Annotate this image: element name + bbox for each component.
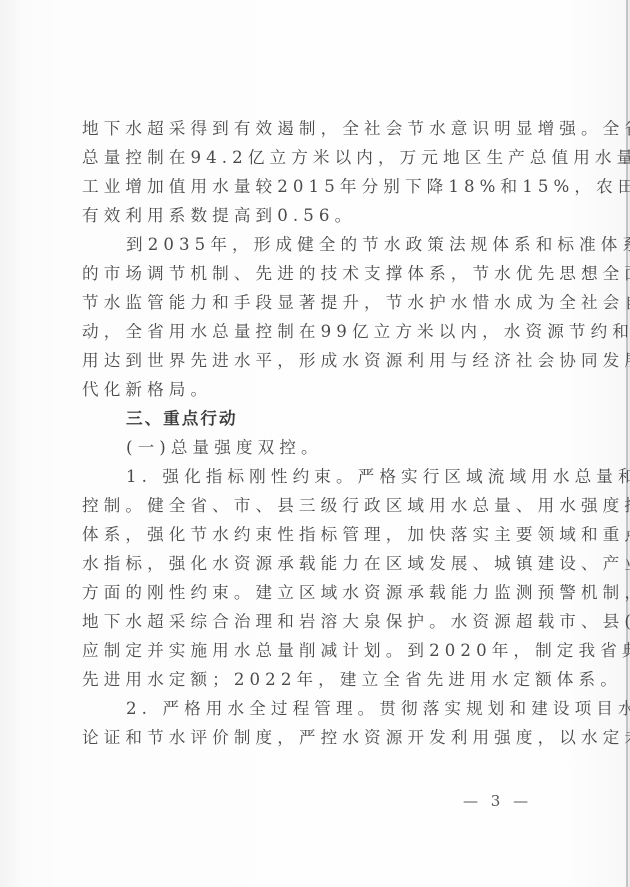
subsection-heading: (一)总量强度双控。 — [82, 433, 542, 462]
text-line: 有效利用系数提高到0.56。 — [82, 201, 542, 230]
document-body: 地下水超采得到有效遏制，全社会节水意识明显增强。全省用水 总量控制在94.2亿立… — [82, 114, 542, 752]
text-line: 节水监管能力和手段显著提升，节水护水惜水成为全社会自觉行 — [82, 288, 542, 317]
text-line: 方面的刚性约束。建立区域水资源承载能力监测预警机制，加强 — [82, 578, 542, 607]
section-heading: 三、重点行动 — [82, 404, 542, 433]
text-line: 2. 严格用水全过程管理。贯彻落实规划和建设项目水资源 — [82, 694, 542, 723]
text-line: 应制定并实施用水总量削减计划。到2020年，制定我省典型行业 — [82, 636, 542, 665]
text-line: 1. 强化指标刚性约束。严格实行区域流域用水总量和强度 — [82, 462, 542, 491]
text-line: 水指标，强化水资源承载能力在区域发展、城镇建设、产业布局等 — [82, 549, 542, 578]
text-line: 的市场调节机制、先进的技术支撑体系，节水优先思想全面落实， — [82, 259, 542, 288]
text-line: 控制。健全省、市、县三级行政区域用水总量、用水强度控制指标 — [82, 491, 542, 520]
text-line: 体系，强化节水约束性指标管理，加快落实主要领域和重点流域用 — [82, 520, 542, 549]
text-line: 地下水超采综合治理和岩溶大泉保护。水资源超载市、县(市、区) — [82, 607, 542, 636]
text-line: 到2035年，形成健全的节水政策法规体系和标准体系、完善 — [82, 230, 542, 259]
text-line: 用达到世界先进水平，形成水资源利用与经济社会协同发展的现 — [82, 346, 542, 375]
text-line: 地下水超采得到有效遏制，全社会节水意识明显增强。全省用水 — [82, 114, 542, 143]
text-line: 动，全省用水总量控制在99亿立方米以内，水资源节约和循环利 — [82, 317, 542, 346]
text-line: 先进用水定额；2022年，建立全省先进用水定额体系。 — [82, 665, 542, 694]
text-line: 总量控制在94.2亿立方米以内，万元地区生产总值用水量、万元 — [82, 143, 542, 172]
text-line: 论证和节水评价制度，严控水资源开发利用强度，以水定未来发 — [82, 723, 542, 752]
text-line: 工业增加值用水量较2015年分别下降18%和15%，农田灌溉水 — [82, 172, 542, 201]
text-line: 代化新格局。 — [82, 375, 542, 404]
page-number: — 3 — — [463, 792, 532, 810]
